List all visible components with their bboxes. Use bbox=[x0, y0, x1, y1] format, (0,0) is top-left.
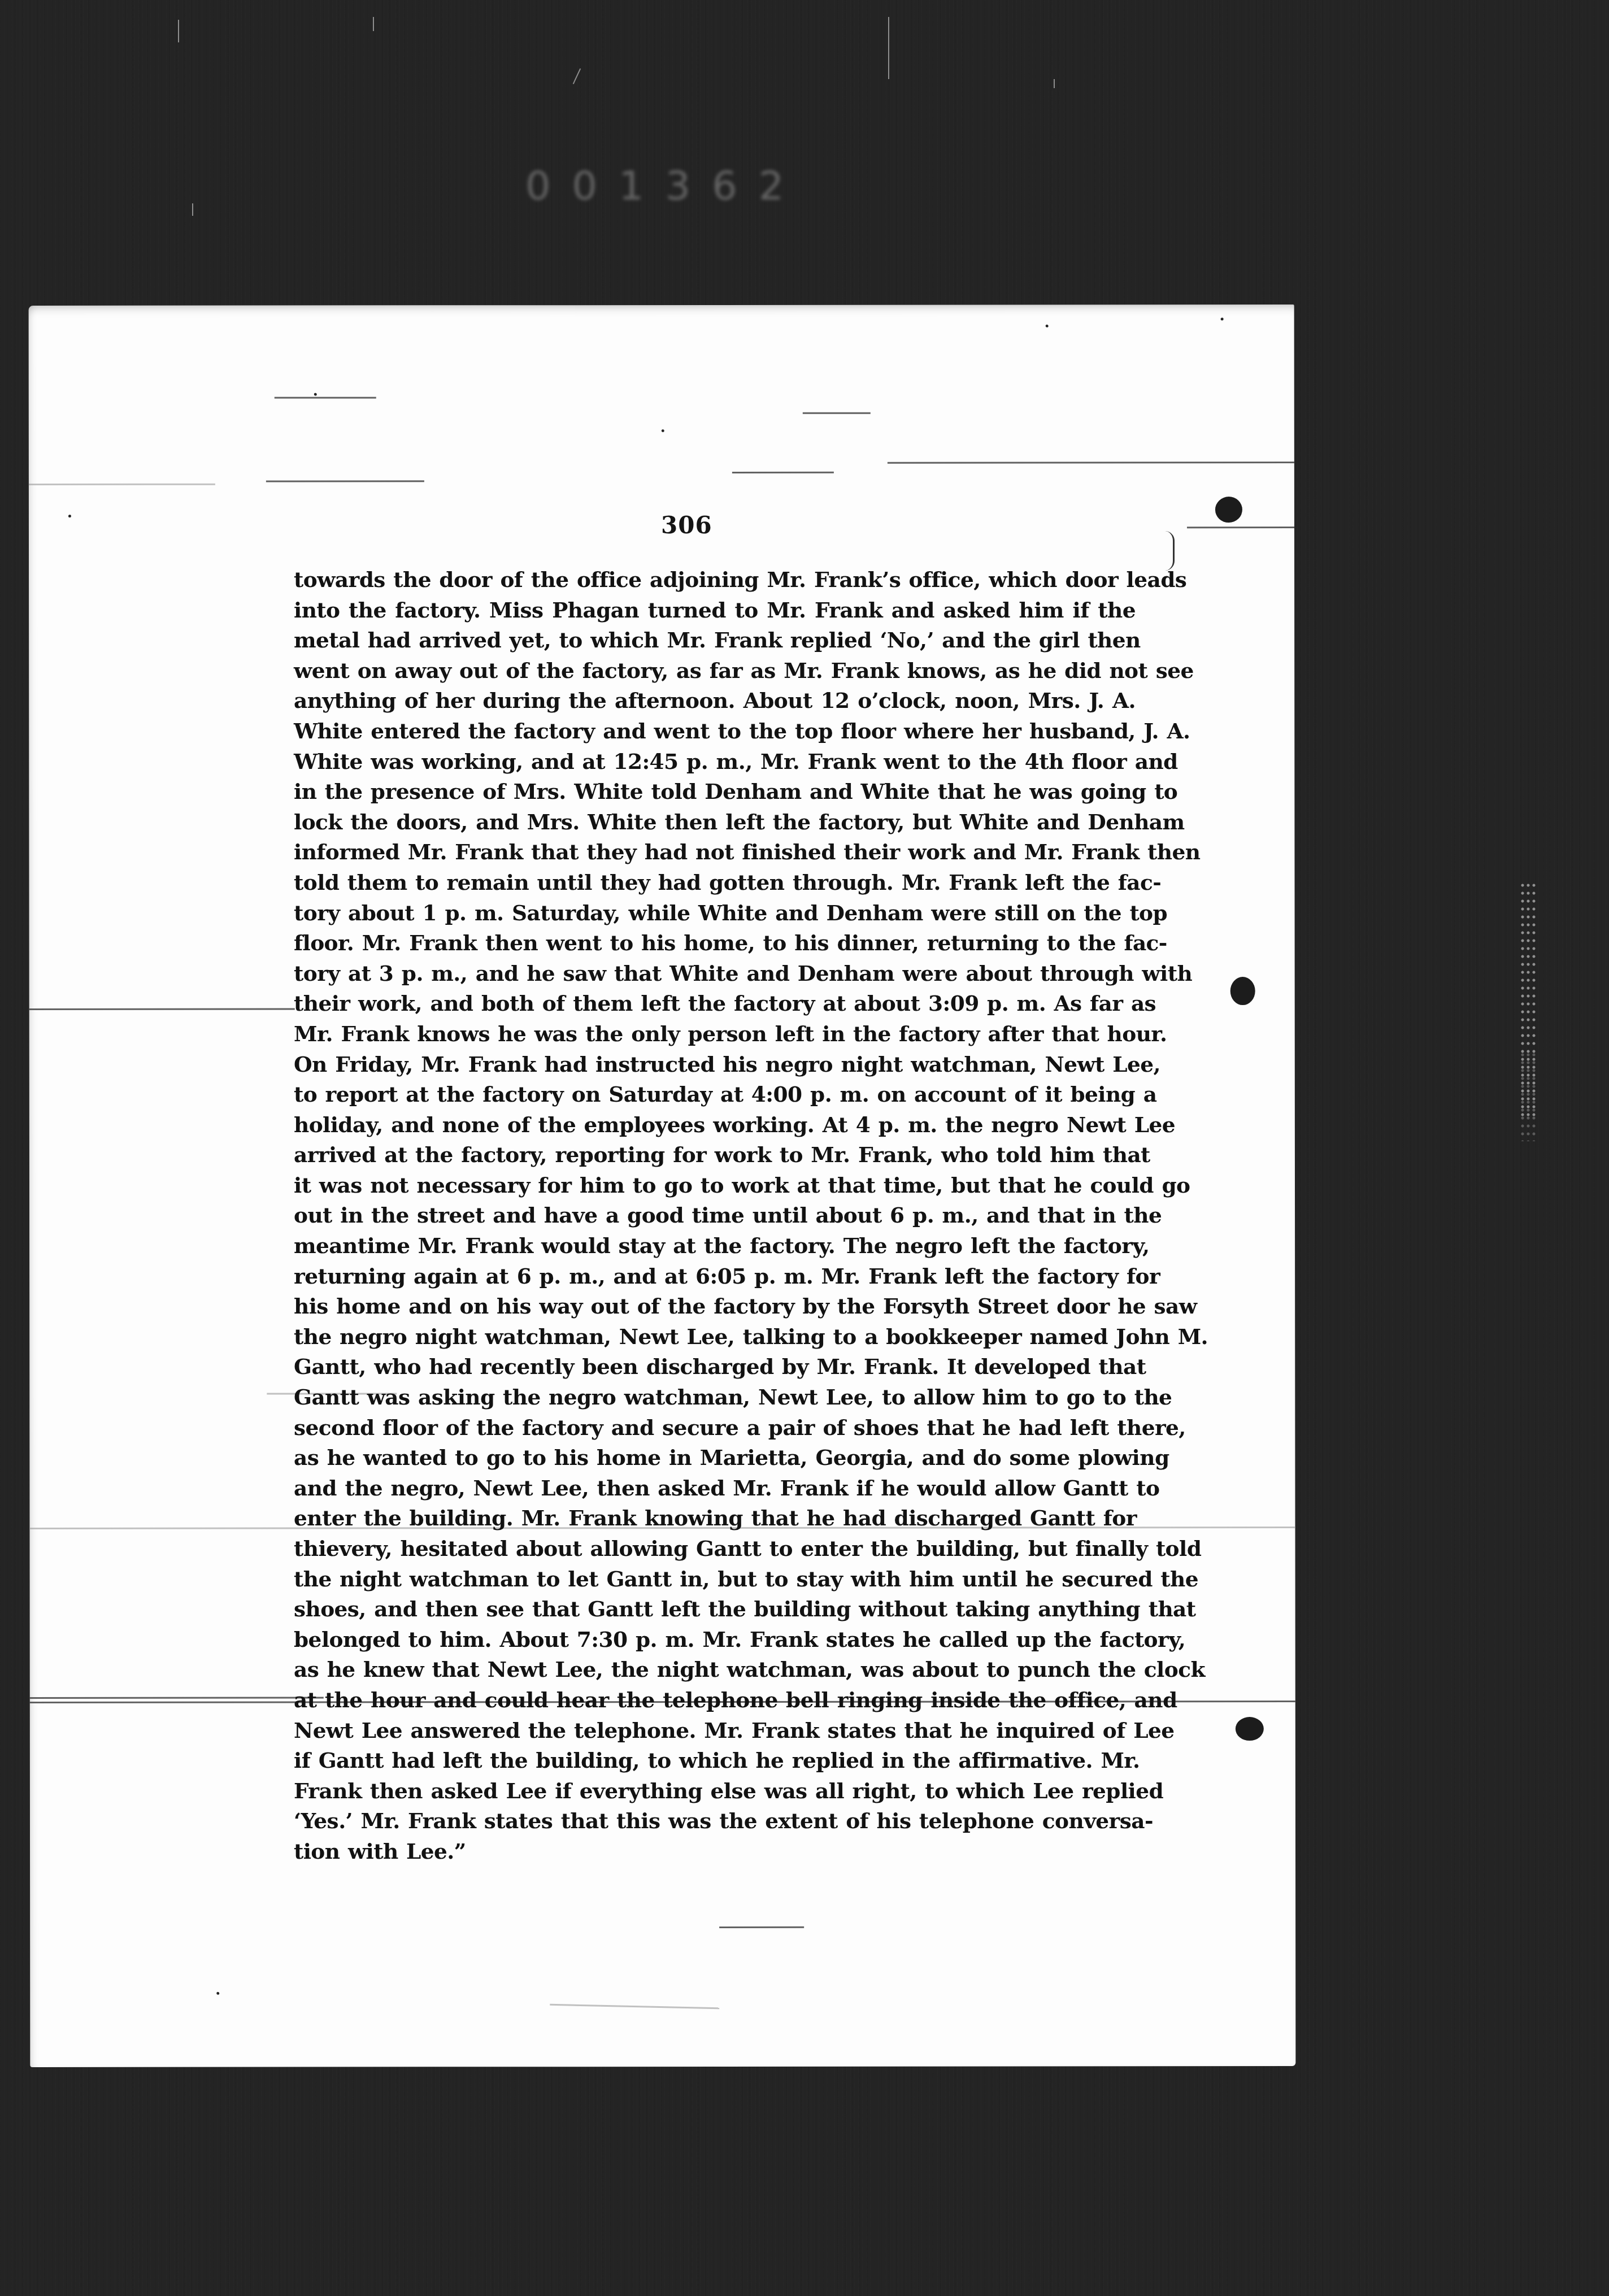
scan-artifact-line bbox=[29, 1008, 295, 1010]
film-scratch bbox=[573, 68, 581, 84]
text-line: the night watchman to let Gantt in, but … bbox=[294, 1564, 1136, 1595]
text-line: holiday, and none of the employees worki… bbox=[294, 1110, 1136, 1141]
scan-artifact-line bbox=[1187, 527, 1294, 528]
text-line: towards the door of the office adjoining… bbox=[294, 565, 1136, 595]
scan-artifact-line bbox=[30, 1697, 324, 1699]
text-line: belonged to him. About 7:30 p. m. Mr. Fr… bbox=[294, 1625, 1136, 1655]
scan-artifact-line bbox=[732, 472, 834, 473]
text-line: into the factory. Miss Phagan turned to … bbox=[294, 595, 1136, 626]
film-scratch bbox=[373, 17, 374, 31]
text-line: out in the street and have a good time u… bbox=[294, 1201, 1136, 1231]
page-number: 306 bbox=[661, 511, 712, 539]
text-line: floor. Mr. Frank then went to his home, … bbox=[294, 928, 1136, 959]
margin-bracket-mark bbox=[1165, 531, 1175, 571]
text-line: it was not necessary for him to go to wo… bbox=[294, 1171, 1136, 1201]
dust-speck bbox=[662, 429, 664, 432]
text-line: Gantt was asking the negro watchman, New… bbox=[294, 1382, 1136, 1413]
text-line: the negro night watchman, Newt Lee, talk… bbox=[294, 1322, 1136, 1353]
text-line: their work, and both of them left the fa… bbox=[294, 989, 1136, 1019]
text-line: second floor of the factory and secure a… bbox=[294, 1413, 1136, 1443]
text-line: Newt Lee answered the telephone. Mr. Fra… bbox=[294, 1716, 1136, 1746]
dust-speck bbox=[1221, 318, 1224, 320]
text-line: returning again at 6 p. m., and at 6:05 … bbox=[294, 1262, 1136, 1292]
punch-hole-icon bbox=[1215, 497, 1242, 523]
dust-speck bbox=[68, 515, 71, 518]
text-line: Frank then asked Lee if everything else … bbox=[294, 1776, 1136, 1807]
text-line: meantime Mr. Frank would stay at the fac… bbox=[294, 1231, 1136, 1262]
text-line: lock the doors, and Mrs. White then left… bbox=[294, 807, 1136, 838]
text-line: anything of her during the afternoon. Ab… bbox=[294, 686, 1136, 716]
scan-artifact-line bbox=[550, 2004, 719, 2010]
scan-artifact-line bbox=[266, 480, 424, 482]
punch-hole-icon bbox=[1230, 977, 1255, 1005]
film-scratch bbox=[1054, 79, 1055, 88]
text-line: as he wanted to go to his home in Mariet… bbox=[294, 1443, 1136, 1473]
film-scratch bbox=[178, 20, 179, 42]
text-line: tory at 3 p. m., and he saw that White a… bbox=[294, 959, 1136, 989]
text-line: White entered the factory and went to th… bbox=[294, 716, 1136, 747]
text-line: and the negro, Newt Lee, then asked Mr. … bbox=[294, 1473, 1136, 1504]
scan-artifact-line bbox=[275, 397, 376, 398]
text-line: On Friday, Mr. Frank had instructed his … bbox=[294, 1050, 1136, 1080]
text-line: Mr. Frank knows he was the only person l… bbox=[294, 1019, 1136, 1050]
microfilm-frame-number: 001362 bbox=[525, 163, 805, 209]
text-line: Gantt, who had recently been discharged … bbox=[294, 1352, 1136, 1382]
punch-hole-icon bbox=[1236, 1717, 1264, 1741]
text-line: if Gantt had left the building, to which… bbox=[294, 1746, 1136, 1776]
text-line: enter the building. Mr. Frank knowing th… bbox=[294, 1503, 1136, 1534]
text-line: thievery, hesitated about allowing Gantt… bbox=[294, 1534, 1136, 1564]
text-line: metal had arrived yet, to which Mr. Fran… bbox=[294, 625, 1136, 656]
text-line: in the presence of Mrs. White told Denha… bbox=[294, 777, 1136, 807]
text-line: as he knew that Newt Lee, the night watc… bbox=[294, 1655, 1136, 1685]
text-line: went on away out of the factory, as far … bbox=[294, 656, 1136, 686]
text-line: White was working, and at 12:45 p. m., M… bbox=[294, 747, 1136, 777]
scan-artifact-line bbox=[719, 1927, 804, 1928]
scan-artifact-line bbox=[803, 412, 871, 414]
scan-artifact-line bbox=[888, 462, 1294, 464]
text-line: tory about 1 p. m. Saturday, while White… bbox=[294, 898, 1136, 929]
film-scratch bbox=[192, 203, 193, 216]
text-line: tion with Lee.” bbox=[294, 1837, 1136, 1867]
testimony-paragraph: towards the door of the office adjoining… bbox=[294, 565, 1136, 1867]
dust-speck bbox=[314, 393, 317, 396]
dust-speck bbox=[1046, 324, 1049, 327]
text-line: arrived at the factory, reporting for wo… bbox=[294, 1140, 1136, 1171]
film-scratch bbox=[888, 17, 889, 79]
text-line: to report at the factory on Saturday at … bbox=[294, 1080, 1136, 1110]
dust-speck bbox=[216, 1992, 219, 1995]
text-line: ‘Yes.’ Mr. Frank states that this was th… bbox=[294, 1806, 1136, 1837]
text-line: told them to remain until they had gotte… bbox=[294, 868, 1136, 898]
text-line: informed Mr. Frank that they had not fin… bbox=[294, 837, 1136, 868]
film-edge-marking bbox=[1520, 1051, 1537, 1141]
text-line: shoes, and then see that Gantt left the … bbox=[294, 1594, 1136, 1625]
scan-artifact-line bbox=[29, 484, 215, 485]
text-line: at the hour and could hear the telephone… bbox=[294, 1685, 1136, 1716]
text-line: his home and on his way out of the facto… bbox=[294, 1291, 1136, 1322]
